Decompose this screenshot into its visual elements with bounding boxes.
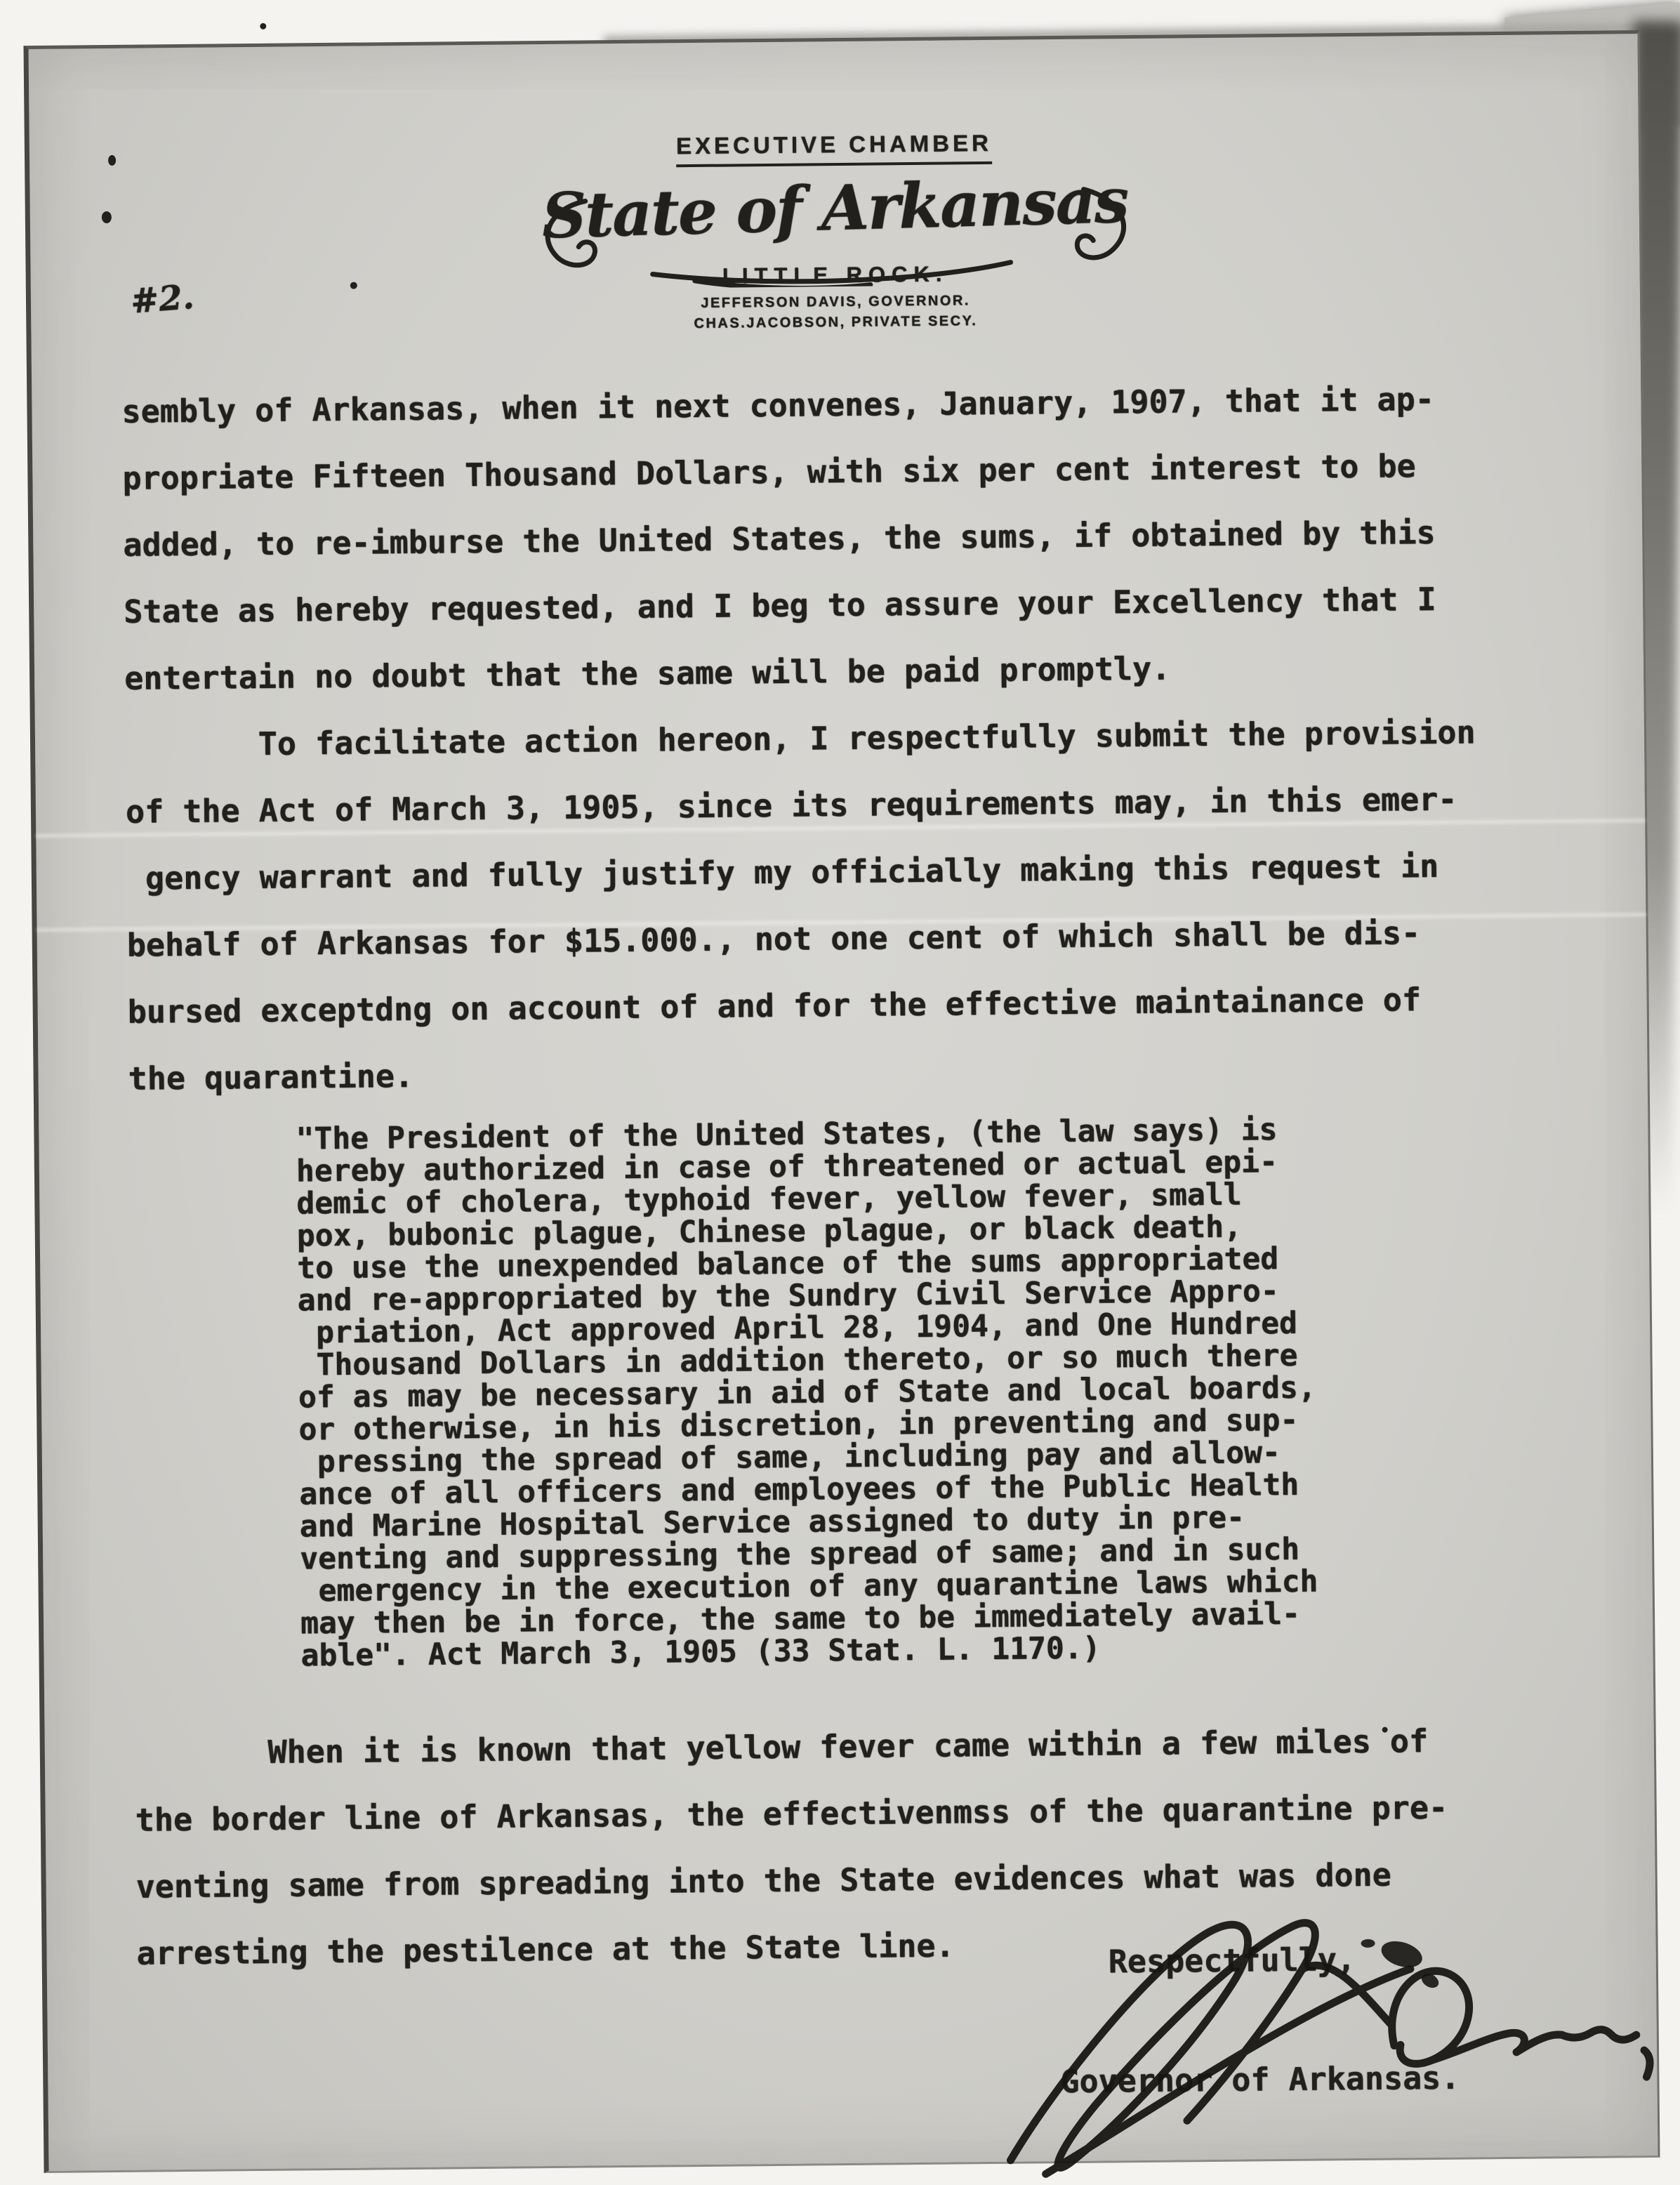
typed-line: the quarantine. <box>128 1032 1479 1111</box>
letterhead-script-block: State of Arkansas <box>29 164 1639 269</box>
letterhead: EXECUTIVE CHAMBER State of Arkansas LITT… <box>29 124 1641 338</box>
typed-line: added, to re-imburse the United States, … <box>123 499 1474 578</box>
statute-quote-block: "The President of the United States, (th… <box>296 1111 1484 1672</box>
letterhead-department: EXECUTIVE CHAMBER <box>676 130 992 167</box>
page-number: #2. <box>129 277 195 322</box>
typed-line: To facilitate action hereon, I respectfu… <box>125 699 1476 778</box>
typed-line: State as hereby requested, and I beg to … <box>124 565 1474 645</box>
typed-line: behalf of Arkansas for $15.000., not one… <box>126 899 1477 978</box>
typed-line: the border line of Arkansas, the effecti… <box>135 1774 1486 1853</box>
scanned-letter-page: EXECUTIVE CHAMBER State of Arkansas LITT… <box>0 0 1680 2185</box>
ink-speck <box>260 23 266 29</box>
typed-line: propriate Fifteen Thousand Dollars, with… <box>122 432 1473 511</box>
letter-paper: EXECUTIVE CHAMBER State of Arkansas LITT… <box>24 30 1660 2173</box>
typed-line: sembly of Arkansas, when it next convene… <box>121 365 1472 444</box>
typed-line: When it is known that yellow fever came … <box>134 1707 1485 1786</box>
typed-line: bursed exceptdng on account of and for t… <box>127 965 1478 1045</box>
typed-line: of the Act of March 3, 1905, since its r… <box>126 765 1476 845</box>
typed-line: entertain no doubt that the same will be… <box>124 632 1475 711</box>
letter-body: sembly of Arkansas, when it next convene… <box>121 365 1487 1986</box>
typed-line: gency warrant and fully justify my offic… <box>126 832 1476 911</box>
paragraph-2: To facilitate action hereon, I respectfu… <box>125 699 1479 1111</box>
governor-signature <box>938 1873 1680 2185</box>
paragraph-1: sembly of Arkansas, when it next convene… <box>121 365 1475 711</box>
